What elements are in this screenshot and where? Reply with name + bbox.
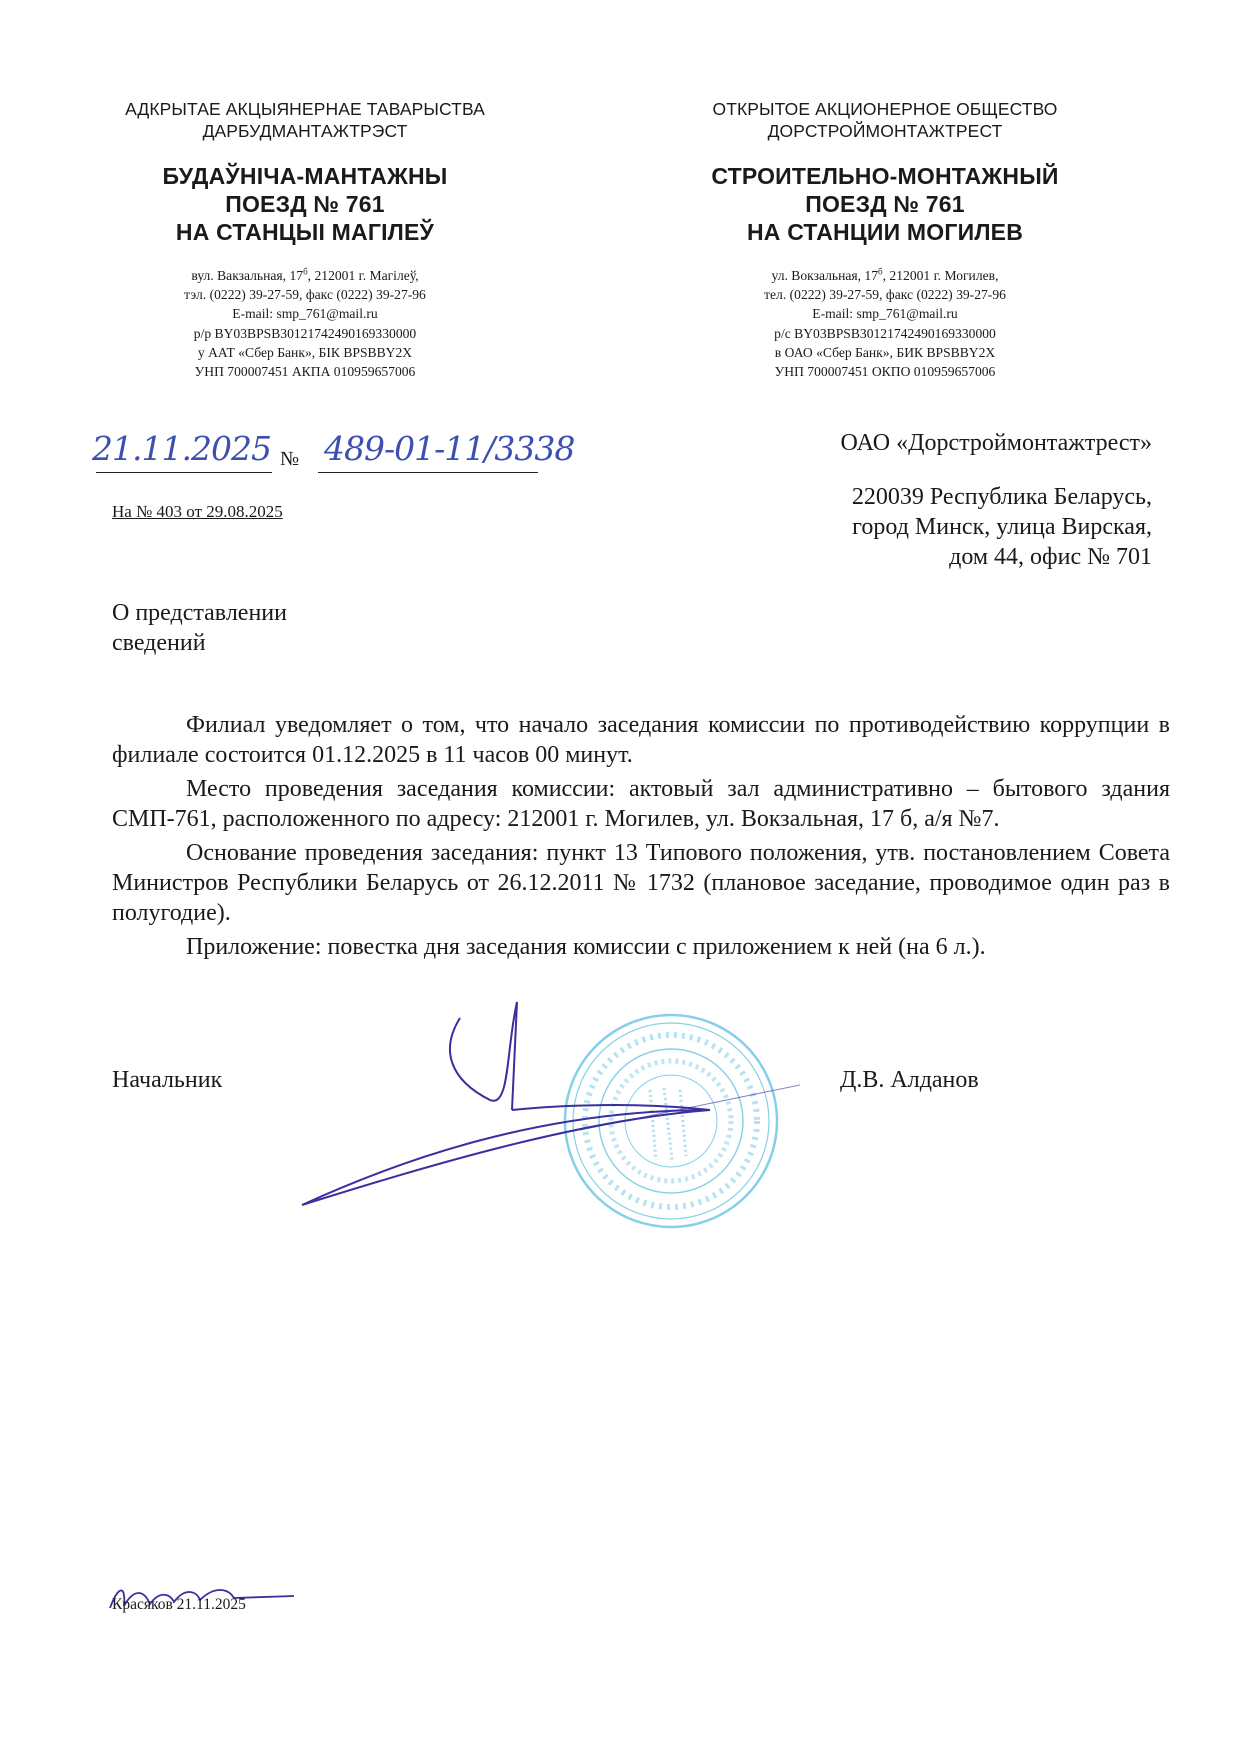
address: ул. Вокзальная, 17б, 212001 г. Могилев, <box>650 266 1120 285</box>
handwritten-signature-icon <box>280 990 800 1220</box>
body-paragraph-basis: Основание проведения заседания: пункт 13… <box>112 838 1170 928</box>
branch-line-2: ПОЕЗД № 761 <box>650 190 1120 218</box>
signatory-name: Д.В. Алданов <box>840 1067 979 1094</box>
letterhead-russian: ОТКРЫТОЕ АКЦИОНЕРНОЕ ОБЩЕСТВО ДОРСТРОЙМО… <box>650 98 1120 381</box>
letter-body: Филиал уведомляет о том, что начало засе… <box>112 710 1170 966</box>
branch-line-3: НА СТАНЦИИ МОГИЛЕВ <box>650 218 1120 246</box>
org-name-line-2: ДАРБУДМАНТАЖТРЭСТ <box>70 120 540 142</box>
requisites: ул. Вокзальная, 17б, 212001 г. Могилев, … <box>650 266 1120 381</box>
letterhead-belarusian: АДКРЫТАЕ АКЦЫЯНЕРНАЕ ТАВАРЫСТВА ДАРБУДМА… <box>70 98 540 381</box>
email: E-mail: smp_761@mail.ru <box>70 304 540 323</box>
body-paragraph-attachment: Приложение: повестка дня заседания комис… <box>112 932 1170 962</box>
handwritten-date: 21.11.2025 <box>92 429 271 468</box>
addressee-organization: ОАО «Дорстроймонтажтрест» <box>841 428 1152 458</box>
outgoing-registration: 21.11.2025 № 489-01-11/3338 <box>96 430 616 474</box>
requisites: вул. Вакзальная, 17б, 212001 г. Магілеў,… <box>70 266 540 381</box>
addressee-address-line-2: город Минск, улица Вирская, <box>841 512 1152 542</box>
signatory-title: Начальник <box>112 1067 222 1094</box>
branch-line-3: НА СТАНЦЫІ МАГІЛЕЎ <box>70 218 540 246</box>
branch-line-1: БУДАЎНІЧА-МАНТАЖНЫ <box>70 162 540 190</box>
subject-line-1: О представлении <box>112 598 287 628</box>
bank-account: р/с BY03BPSB30121742490169330000 <box>650 324 1120 343</box>
phone-fax: тел. (0222) 39-27-59, факс (0222) 39-27-… <box>650 285 1120 304</box>
branch-name: БУДАЎНІЧА-МАНТАЖНЫ ПОЕЗД № 761 НА СТАНЦЫ… <box>70 162 540 246</box>
registration-codes: УНП 700007451 ОКПО 010959657006 <box>650 362 1120 381</box>
email: E-mail: smp_761@mail.ru <box>650 304 1120 323</box>
registration-codes: УНП 700007451 АКПА 010959657006 <box>70 362 540 381</box>
org-name-line-2: ДОРСТРОЙМОНТАЖТРЕСТ <box>650 120 1120 142</box>
body-paragraph-notice: Филиал уведомляет о том, что начало засе… <box>112 710 1170 770</box>
executor-note: Красяков 21.11.2025 <box>112 1596 246 1614</box>
phone-fax: тэл. (0222) 39-27-59, факс (0222) 39-27-… <box>70 285 540 304</box>
reply-reference: На № 403 от 29.08.2025 <box>112 502 283 522</box>
letter-subject: О представлении сведений <box>112 598 287 658</box>
number-sign: № <box>280 448 299 471</box>
branch-line-2: ПОЕЗД № 761 <box>70 190 540 218</box>
handwritten-number: 489-01-11/3338 <box>324 429 574 468</box>
org-name-line-1: ОТКРЫТОЕ АКЦИОНЕРНОЕ ОБЩЕСТВО <box>650 98 1120 120</box>
addressee-block: ОАО «Дорстроймонтажтрест» 220039 Республ… <box>841 428 1152 572</box>
branch-name: СТРОИТЕЛЬНО-МОНТАЖНЫЙ ПОЕЗД № 761 НА СТА… <box>650 162 1120 246</box>
bank-account: р/р BY03BPSB30121742490169330000 <box>70 324 540 343</box>
subject-line-2: сведений <box>112 628 287 658</box>
address: вул. Вакзальная, 17б, 212001 г. Магілеў, <box>70 266 540 285</box>
outgoing-date-field: 21.11.2025 <box>96 430 272 473</box>
addressee-address-line-1: 220039 Республика Беларусь, <box>841 482 1152 512</box>
addressee-address-line-3: дом 44, офис № 701 <box>841 542 1152 572</box>
org-name-line-1: АДКРЫТАЕ АКЦЫЯНЕРНАЕ ТАВАРЫСТВА <box>70 98 540 120</box>
bank-name: в ОАО «Сбер Банк», БИК BPSBBY2X <box>650 343 1120 362</box>
outgoing-number-field: 489-01-11/3338 <box>318 430 538 473</box>
bank-name: у ААТ «Сбер Банк», БІК BPSBBY2X <box>70 343 540 362</box>
body-paragraph-location: Место проведения заседания комиссии: акт… <box>112 774 1170 834</box>
branch-line-1: СТРОИТЕЛЬНО-МОНТАЖНЫЙ <box>650 162 1120 190</box>
